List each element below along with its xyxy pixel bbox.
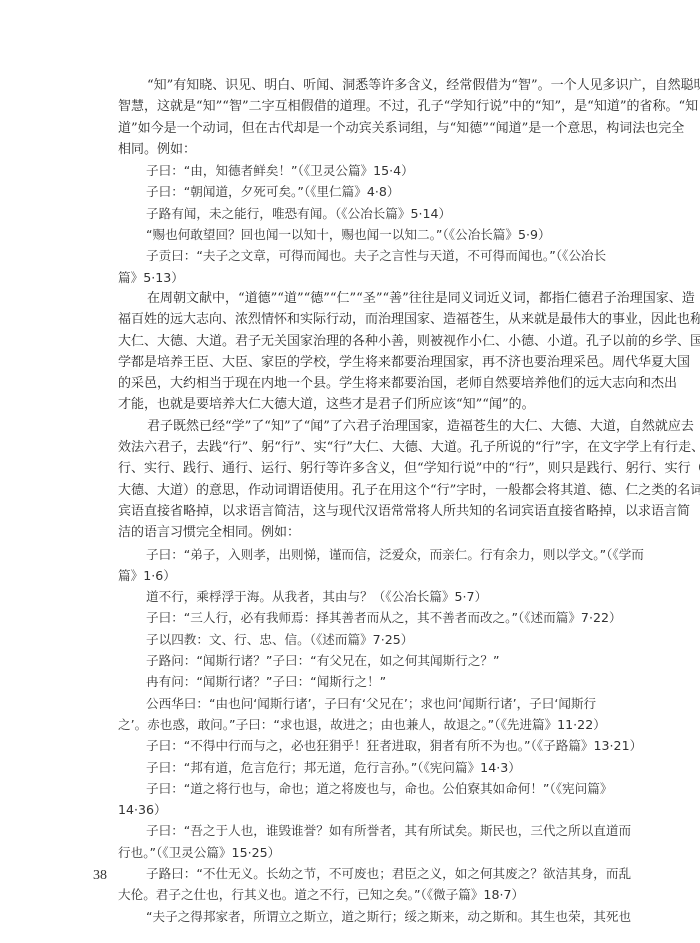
quotation-paragraph: 子曰：“朝闻道，夕死可矣。”（《里仁篇》4·8） [118,181,590,202]
quotation-paragraph: 子曰：“由，知德者鲜矣！”（《卫灵公篇》15·4） [118,160,590,181]
quote-text-line: “夫子之得邦家者，所谓立之斯立，道之斯行；绥之斯来，动之斯和。其生也荣，其死也 [118,906,590,927]
book-page: “知”有知晓、识见、明白、听闻、洞悉等许多含义，经常假借为“智”。一个人见多识广… [0,0,700,943]
quote-text-line: 子曰：“三人行，必有我师焉：择其善者而从之，其不善者而改之。”（《述而篇》7·2… [118,607,590,628]
body-paragraph: 在周朝文献中，“道德”“道”“德”“仁”“圣”“善”往往是同义词近义词，都指仁德… [118,288,590,416]
quote-text-line: 子曰：“弟子，入则孝，出则悌，谨而信，泛爱众，而亲仁。行有余力，则以学文。”（《… [118,544,590,565]
body-text-line: 宾语直接省略掉，以求语言简洁，这与现代汉语常常将人所共知的名词宾语直接省略掉，以… [118,501,590,522]
body-text-line: 道”如今是一个动词，但在古代却是一个动宾关系词组，与“知德”“闻道”是一个意思，… [118,118,590,139]
body-text-line: 效法六君子，去践“行”、躬“行”、实“行”大仁、大德、大道。孔子所说的“行”字，… [118,437,590,458]
body-text-line: 洁的语言习惯完全相同。例如： [118,522,590,543]
body-text-line: 行、实行、践行、通行、运行、躬行等许多含义，但“学知行说”中的“行”，则只是践行… [118,458,590,479]
quotation-paragraph: 道不行，乘桴浮于海。从我者，其由与？（《公冶长篇》5·7） [118,586,590,607]
quote-text-line: 篇》5·13） [118,267,590,288]
body-text-line: 的采邑，大约相当于现在内地一个县。学生将来都要治国，老师自然要培养他们的远大志向… [118,373,590,394]
quotation-paragraph: 子曰：“弟子，入则孝，出则悌，谨而信，泛爱众，而亲仁。行有余力，则以学文。”（《… [118,544,590,587]
page-body-text: “知”有知晓、识见、明白、听闻、洞悉等许多含义，经常假借为“智”。一个人见多识广… [118,75,590,927]
quote-text-line: 冉有问：“闻斯行诸？”子曰：“闻斯行之！” [118,671,590,692]
body-text-line: 相同。例如： [118,139,590,160]
page-number: 38 [93,868,107,884]
body-text-line: 智慧，这就是“知”“智”二字互相假借的道理。不过，孔子“学知行说”中的“知”，是… [118,96,590,117]
quote-text-line: 子曰：“朝闻道，夕死可矣。”（《里仁篇》4·8） [118,181,590,202]
quote-text-line: 篇》1·6） [118,565,590,586]
quote-text-line: 14·36） [118,799,590,820]
quote-text-line: 子曰：“不得中行而与之，必也狂狷乎！狂者进取，狷者有所不为也。”（《子路篇》13… [118,735,590,756]
quotation-paragraph: 子曰：“三人行，必有我师焉：择其善者而从之，其不善者而改之。”（《述而篇》7·2… [118,607,590,628]
quote-text-line: “赐也何敢望回？回也闻一以知十，赐也闻一以知二。”（《公冶长篇》5·9） [118,224,590,245]
quote-text-line: 子曰：“邦有道，危言危行；邦无道，危行言孙。”（《宪问篇》14·3） [118,757,590,778]
quote-text-line: 子以四教：文、行、忠、信。（《述而篇》7·25） [118,629,590,650]
body-text-line: 学都是培养王臣、大臣、家臣的学校，学生将来都要治理国家，再不济也要治理采邑。周代… [118,352,590,373]
quotation-paragraph: 子曰：“吾之于人也，谁毁谁誉？如有所誉者，其有所试矣。斯民也，三代之所以直道而行… [118,820,590,863]
quotation-paragraph: 子曰：“邦有道，危言危行；邦无道，危行言孙。”（《宪问篇》14·3） [118,757,590,778]
quotation-paragraph: 子曰：“道之将行也与，命也；道之将废也与，命也。公伯寮其如命何！”（《宪问篇》1… [118,778,590,821]
body-text-line: 才能，也就是要培养大仁大德大道，这些才是君子们所应该“知”“闻”的。 [118,394,590,415]
quotation-paragraph: 冉有问：“闻斯行诸？”子曰：“闻斯行之！” [118,671,590,692]
quote-text-line: 之’。赤也惑，敢问。”子曰：“求也退，故进之；由也兼人，故退之。”（《先进篇》1… [118,714,590,735]
quotation-paragraph: 子贡曰：“夫子之文章，可得而闻也。夫子之言性与天道，不可得而闻也。”（《公冶长篇… [118,245,590,288]
quote-text-line: 公西华曰：“由也问‘闻斯行诸’，子曰有‘父兄在’；求也问‘闻斯行诸’，子曰‘闻斯… [118,693,590,714]
quotation-paragraph: 子以四教：文、行、忠、信。（《述而篇》7·25） [118,629,590,650]
quotation-paragraph: 子曰：“不得中行而与之，必也狂狷乎！狂者进取，狷者有所不为也。”（《子路篇》13… [118,735,590,756]
body-text-line: 在周朝文献中，“道德”“道”“德”“仁”“圣”“善”往往是同义词近义词，都指仁德… [118,288,590,309]
quotation-paragraph: “赐也何敢望回？回也闻一以知十，赐也闻一以知二。”（《公冶长篇》5·9） [118,224,590,245]
body-text-line: 大德、大道）的意思，作动词谓语使用。孔子在用这个“行”字时，一般都会将其道、德、… [118,480,590,501]
quotation-paragraph: “夫子之得邦家者，所谓立之斯立，道之斯行；绥之斯来，动之斯和。其生也荣，其死也 [118,906,590,927]
quotation-paragraph: 子路有闻，未之能行，唯恐有闻。（《公冶长篇》5·14） [118,203,590,224]
quote-text-line: 大伦。君子之仕也，行其义也。道之不行，已知之矣。”（《微子篇》18·7） [118,884,590,905]
quote-text-line: 子路问：“闻斯行诸？”子曰：“有父兄在，如之何其闻斯行之？” [118,650,590,671]
quote-text-line: 行也。”（《卫灵公篇》15·25） [118,842,590,863]
body-text-line: “知”有知晓、识见、明白、听闻、洞悉等许多含义，经常假借为“智”。一个人见多识广… [118,75,590,96]
quote-text-line: 子曰：“道之将行也与，命也；道之将废也与，命也。公伯寮其如命何！”（《宪问篇》 [118,778,590,799]
quote-text-line: 子曰：“由，知德者鲜矣！”（《卫灵公篇》15·4） [118,160,590,181]
quote-text-line: 子路曰：“不仕无义。长幼之节，不可废也；君臣之义，如之何其废之？欲洁其身，而乱 [118,863,590,884]
quotation-paragraph: 子路曰：“不仕无义。长幼之节，不可废也；君臣之义，如之何其废之？欲洁其身，而乱大… [118,863,590,906]
quote-text-line: 子曰：“吾之于人也，谁毁谁誉？如有所誉者，其有所试矣。斯民也，三代之所以直道而 [118,820,590,841]
body-paragraph: 君子既然已经“学”了“知”了“闻”了六君子治理国家，造福苍生的大仁、大德、大道，… [118,416,590,544]
quote-text-line: 道不行，乘桴浮于海。从我者，其由与？（《公冶长篇》5·7） [118,586,590,607]
quote-text-line: 子路有闻，未之能行，唯恐有闻。（《公冶长篇》5·14） [118,203,590,224]
body-text-line: 福百姓的远大志向、浓烈情怀和实际行动，而治理国家、造福苍生，从来就是最伟大的事业… [118,309,590,330]
body-paragraph: “知”有知晓、识见、明白、听闻、洞悉等许多含义，经常假借为“智”。一个人见多识广… [118,75,590,160]
body-text-line: 君子既然已经“学”了“知”了“闻”了六君子治理国家，造福苍生的大仁、大德、大道，… [118,416,590,437]
quotation-paragraph: 公西华曰：“由也问‘闻斯行诸’，子曰有‘父兄在’；求也问‘闻斯行诸’，子曰‘闻斯… [118,693,590,736]
quotation-paragraph: 子路问：“闻斯行诸？”子曰：“有父兄在，如之何其闻斯行之？” [118,650,590,671]
quote-text-line: 子贡曰：“夫子之文章，可得而闻也。夫子之言性与天道，不可得而闻也。”（《公冶长 [118,245,590,266]
body-text-line: 大仁、大德、大道。君子无关国家治理的各种小善，则被视作小仁、小德、小道。孔子以前… [118,331,590,352]
